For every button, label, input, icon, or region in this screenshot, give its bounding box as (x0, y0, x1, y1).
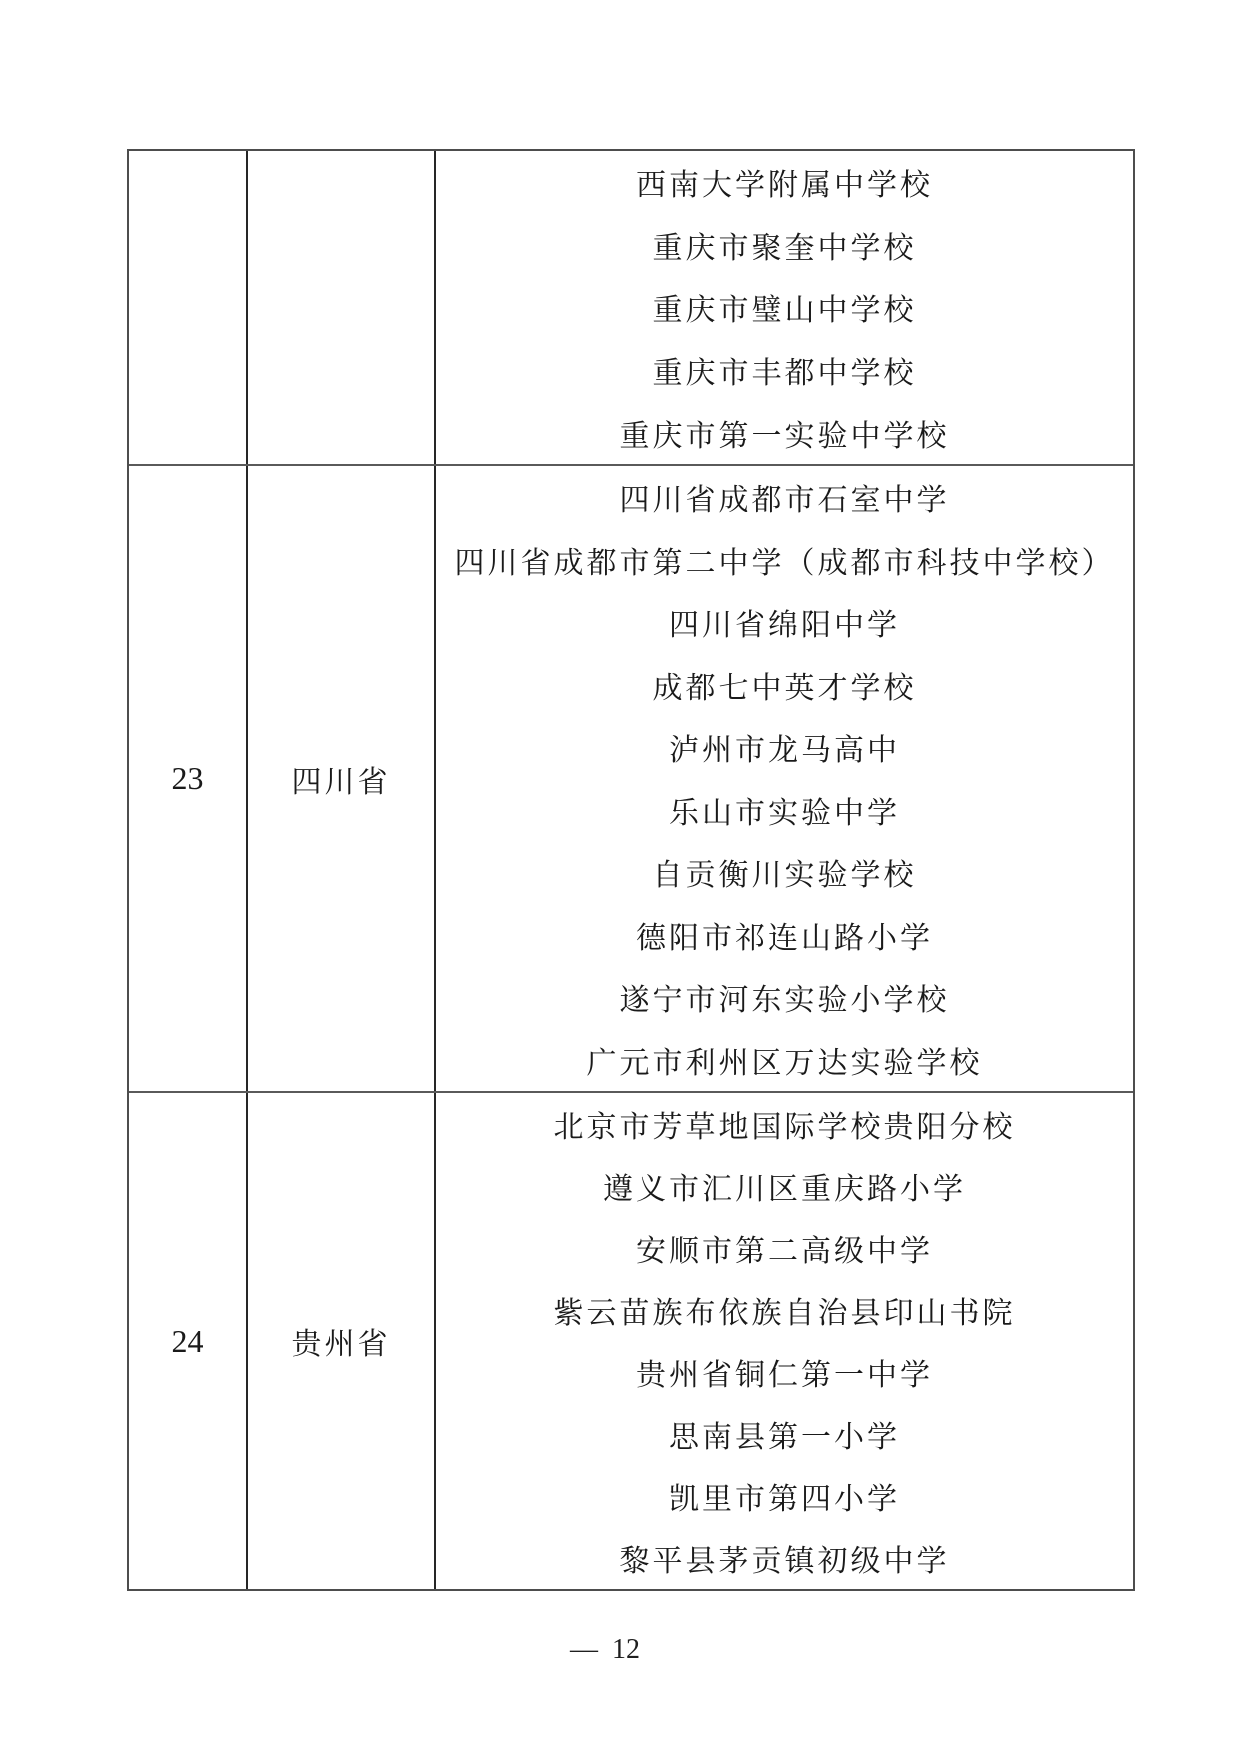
province-name: 贵州省 (292, 1319, 391, 1363)
school-name: 四川省成都市石室中学 (436, 466, 1133, 529)
school-name: 重庆市第一实验中学校 (436, 401, 1133, 464)
school-name: 成都七中英才学校 (436, 654, 1133, 717)
school-name: 重庆市璧山中学校 (436, 276, 1133, 339)
school-name: 黎平县茅贡镇初级中学 (436, 1527, 1133, 1589)
school-name: 西南大学附属中学校 (436, 151, 1133, 214)
row-number: 24 (172, 1323, 204, 1360)
school-name: 遂宁市河东实验小学校 (436, 966, 1133, 1029)
page-footer: — 12 (570, 1634, 640, 1666)
page-number: 12 (612, 1634, 640, 1666)
school-name: 紫云苗族布依族自治县印山书院 (436, 1279, 1133, 1341)
school-name: 贵州省铜仁第一中学 (436, 1341, 1133, 1403)
school-name: 自贡衡川实验学校 (436, 841, 1133, 904)
table-row: 西南大学附属中学校重庆市聚奎中学校重庆市璧山中学校重庆市丰都中学校重庆市第一实验… (129, 151, 1133, 464)
row-number-cell (129, 151, 248, 464)
school-table: 西南大学附属中学校重庆市聚奎中学校重庆市璧山中学校重庆市丰都中学校重庆市第一实验… (127, 149, 1135, 1591)
province-cell: 贵州省 (248, 1093, 436, 1589)
school-name: 广元市利州区万达实验学校 (436, 1029, 1133, 1092)
row-number-cell: 24 (129, 1093, 248, 1589)
school-name: 德阳市祁连山路小学 (436, 904, 1133, 967)
table-row: 23四川省四川省成都市石室中学四川省成都市第二中学（成都市科技中学校）四川省绵阳… (129, 464, 1133, 1091)
school-name: 安顺市第二高级中学 (436, 1217, 1133, 1279)
province-cell: 四川省 (248, 466, 436, 1091)
schools-cell: 西南大学附属中学校重庆市聚奎中学校重庆市璧山中学校重庆市丰都中学校重庆市第一实验… (436, 151, 1133, 464)
school-name: 北京市芳草地国际学校贵阳分校 (436, 1093, 1133, 1155)
school-name: 四川省成都市第二中学（成都市科技中学校） (436, 529, 1133, 592)
school-name: 凯里市第四小学 (436, 1465, 1133, 1527)
table-row: 24贵州省北京市芳草地国际学校贵阳分校遵义市汇川区重庆路小学安顺市第二高级中学紫… (129, 1091, 1133, 1589)
footer-dash: — (570, 1634, 598, 1666)
schools-cell: 北京市芳草地国际学校贵阳分校遵义市汇川区重庆路小学安顺市第二高级中学紫云苗族布依… (436, 1093, 1133, 1589)
school-name: 思南县第一小学 (436, 1403, 1133, 1465)
school-name: 乐山市实验中学 (436, 779, 1133, 842)
province-cell (248, 151, 436, 464)
row-number: 23 (172, 760, 204, 797)
school-name: 四川省绵阳中学 (436, 591, 1133, 654)
school-name: 重庆市丰都中学校 (436, 339, 1133, 402)
schools-cell: 四川省成都市石室中学四川省成都市第二中学（成都市科技中学校）四川省绵阳中学成都七… (436, 466, 1133, 1091)
row-number-cell: 23 (129, 466, 248, 1091)
province-name: 四川省 (292, 757, 391, 801)
school-name: 泸州市龙马高中 (436, 716, 1133, 779)
school-name: 重庆市聚奎中学校 (436, 214, 1133, 277)
school-name: 遵义市汇川区重庆路小学 (436, 1155, 1133, 1217)
